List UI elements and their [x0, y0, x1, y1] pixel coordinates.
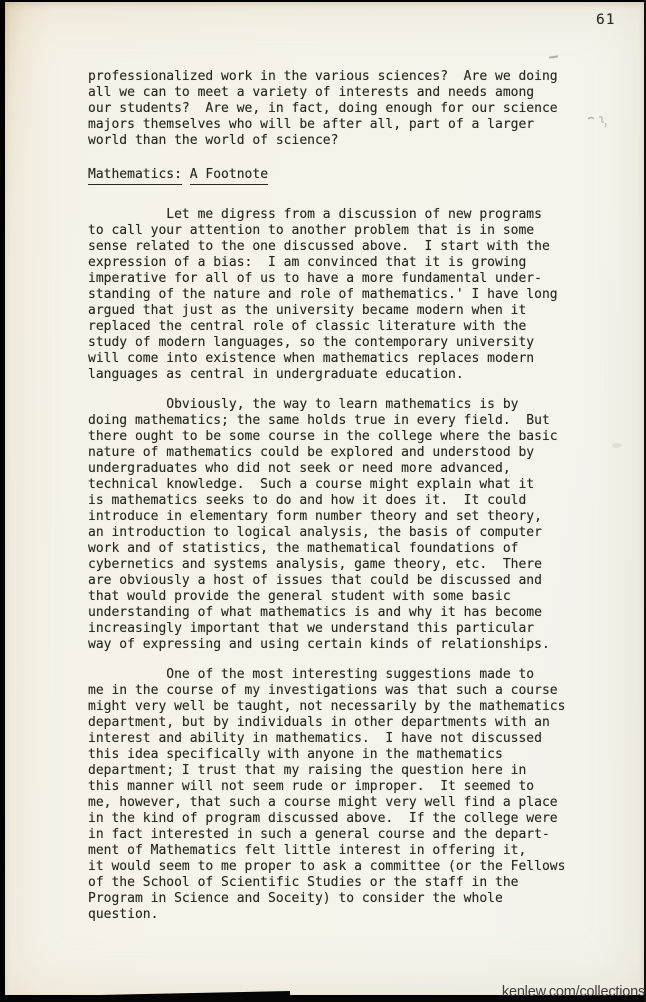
document-body: professionalized work in the various sci… [88, 69, 588, 923]
watermark: kenlew.com/collections [502, 984, 645, 1000]
scan-artifact-smudge [612, 443, 622, 448]
heading-space [182, 167, 190, 182]
page-number: 61 [596, 12, 615, 28]
heading-word-mathematics: Mathematics: [88, 167, 182, 185]
paragraph-4: One of the most interesting suggestions … [88, 667, 588, 923]
heading-word-footnote: A Footnote [190, 167, 268, 185]
paragraph-3: Obviously, the way to learn mathematics … [88, 397, 588, 653]
paragraph-1: professionalized work in the various sci… [88, 69, 588, 149]
section-heading: Mathematics: A Footnote [88, 167, 588, 185]
scan-artifact-squiggle [587, 113, 609, 132]
paragraph-2: Let me digress from a discussion of new … [88, 207, 588, 383]
